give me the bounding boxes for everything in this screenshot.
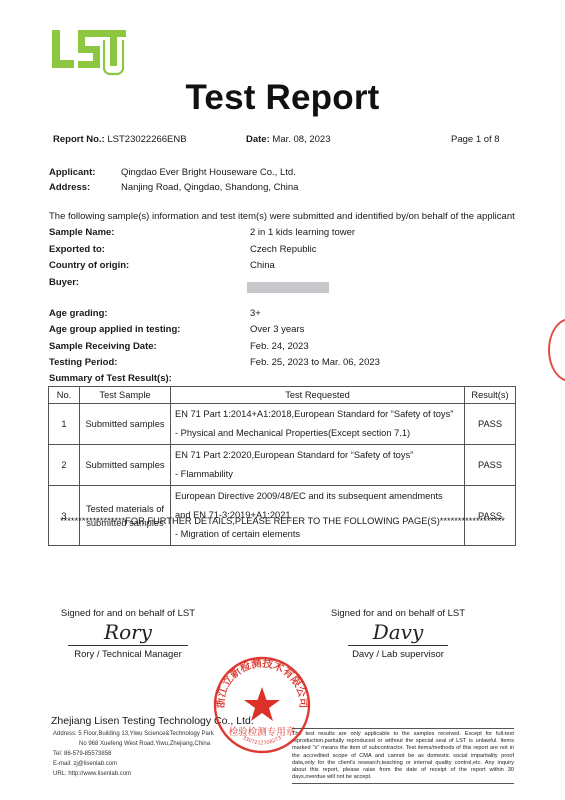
testing-period-value: Feb. 25, 2023 to Mar. 06, 2023 [250,357,380,368]
applicant-label: Applicant: [49,167,95,178]
signature-handwriting: Davy [328,619,468,645]
signatory-name: Davy / Lab supervisor [328,649,468,660]
test-line: - Flammability [175,465,460,484]
signature-block-technical-manager: Signed for and on behalf of LST Rory Ror… [58,608,198,660]
signature-line [348,645,448,646]
receiving-date-value: Feb. 24, 2023 [250,341,309,352]
test-line: - Physical and Mechanical Properties(Exc… [175,424,460,443]
header-test-sample: Test Sample [80,387,171,404]
receiving-date-label: Sample Receiving Date: [49,341,157,352]
header-results: Result(s) [465,387,516,404]
country-of-origin-value: China [250,260,275,271]
header-test-requested: Test Requested [171,387,465,404]
company-address-line1: Address: 5 Floor,Building 13,Yiwu Scienc… [53,730,214,740]
signature-line [68,645,188,646]
disclaimer-text: The test results are only applicable to … [292,728,514,784]
table-row: 2 Submitted samples EN 71 Part 2:2020,Eu… [49,445,516,486]
intro-text: The following sample(s) information and … [49,211,515,222]
test-line: EN 71 Part 1:2014+A1:2018,European Stand… [175,405,460,424]
signatory-name: Rory / Technical Manager [58,649,198,660]
exported-to-value: Czech Republic [250,244,317,255]
applicant-value: Qingdao Ever Bright Houseware Co., Ltd. [121,167,296,178]
row-test-requested: EN 71 Part 2:2020,European Standard for … [171,445,465,486]
address-value: Nanjing Road, Qingdao, Shandong, China [121,182,298,193]
stamp-icon: 浙江立新检测技术有限公司 检验检测专用章 3307212708273 [212,655,312,755]
stamp-center-text: 检验检测专用章 [229,726,296,738]
signature-block-lab-supervisor: Signed for and on behalf of LST Davy Dav… [328,608,468,660]
page-title: Test Report [0,78,565,118]
company-tel: Tel: 86-579-85573858 [53,750,111,760]
test-line: EN 71 Part 2:2020,European Standard for … [175,446,460,465]
age-group-value: Over 3 years [250,324,304,335]
company-address-line2: No 968 Xuefeng West Road,Yiwu,Zhejiang,C… [79,740,210,750]
age-group-label: Age group applied in testing: [49,324,180,335]
buyer-redacted [247,282,329,293]
company-email: E-mail: zj@lisenlab.com [53,760,117,770]
summary-heading: Summary of Test Result(s): [49,373,172,384]
report-date-value: Mar. 08, 2023 [272,134,330,145]
test-line: - Migration of certain elements [175,525,460,544]
row-sample: Submitted samples [80,445,171,486]
signature-caption: Signed for and on behalf of LST [328,608,468,619]
signature-caption: Signed for and on behalf of LST [58,608,198,619]
address-label: Address: [49,182,90,193]
sample-name-value: 2 in 1 kids learning tower [250,227,355,238]
row-result: PASS [465,445,516,486]
row-test-requested: EN 71 Part 1:2014+A1:2018,European Stand… [171,404,465,445]
age-grading-label: Age grading: [49,308,108,319]
official-stamp: 浙江立新检测技术有限公司 检验检测专用章 3307212708273 [212,655,312,755]
sample-name-label: Sample Name: [49,227,114,238]
report-number: Report No.: LST23022266ENB [53,134,187,145]
row-no: 1 [49,404,80,445]
table-row: 1 Submitted samples EN 71 Part 1:2014+A1… [49,404,516,445]
report-number-label: Report No.: [53,134,105,145]
edge-stamp-fragment [548,318,565,382]
buyer-label: Buyer: [49,277,79,288]
country-of-origin-label: Country of origin: [49,260,129,271]
test-line: European Directive 2009/48/EC and its su… [175,487,460,506]
age-grading-value: 3+ [250,308,261,319]
exported-to-label: Exported to: [49,244,105,255]
header-no: No. [49,387,80,404]
row-result: PASS [465,404,516,445]
report-date: Date: Mar. 08, 2023 [246,134,331,145]
signature-handwriting: Rory [58,619,198,645]
report-date-label: Date: [246,134,270,145]
lst-logo-icon [52,28,128,76]
page-indicator: Page 1 of 8 [451,134,500,145]
report-number-value: LST23022266ENB [107,134,186,145]
row-sample: Submitted samples [80,404,171,445]
table-header-row: No. Test Sample Test Requested Result(s) [49,387,516,404]
row-no: 2 [49,445,80,486]
further-details-note: ******************FOR FURTHER DETAILS,PL… [0,516,565,526]
company-url: URL: http://www.lisenlab.com [53,770,131,780]
testing-period-label: Testing Period: [49,357,117,368]
lst-logo [52,28,128,76]
